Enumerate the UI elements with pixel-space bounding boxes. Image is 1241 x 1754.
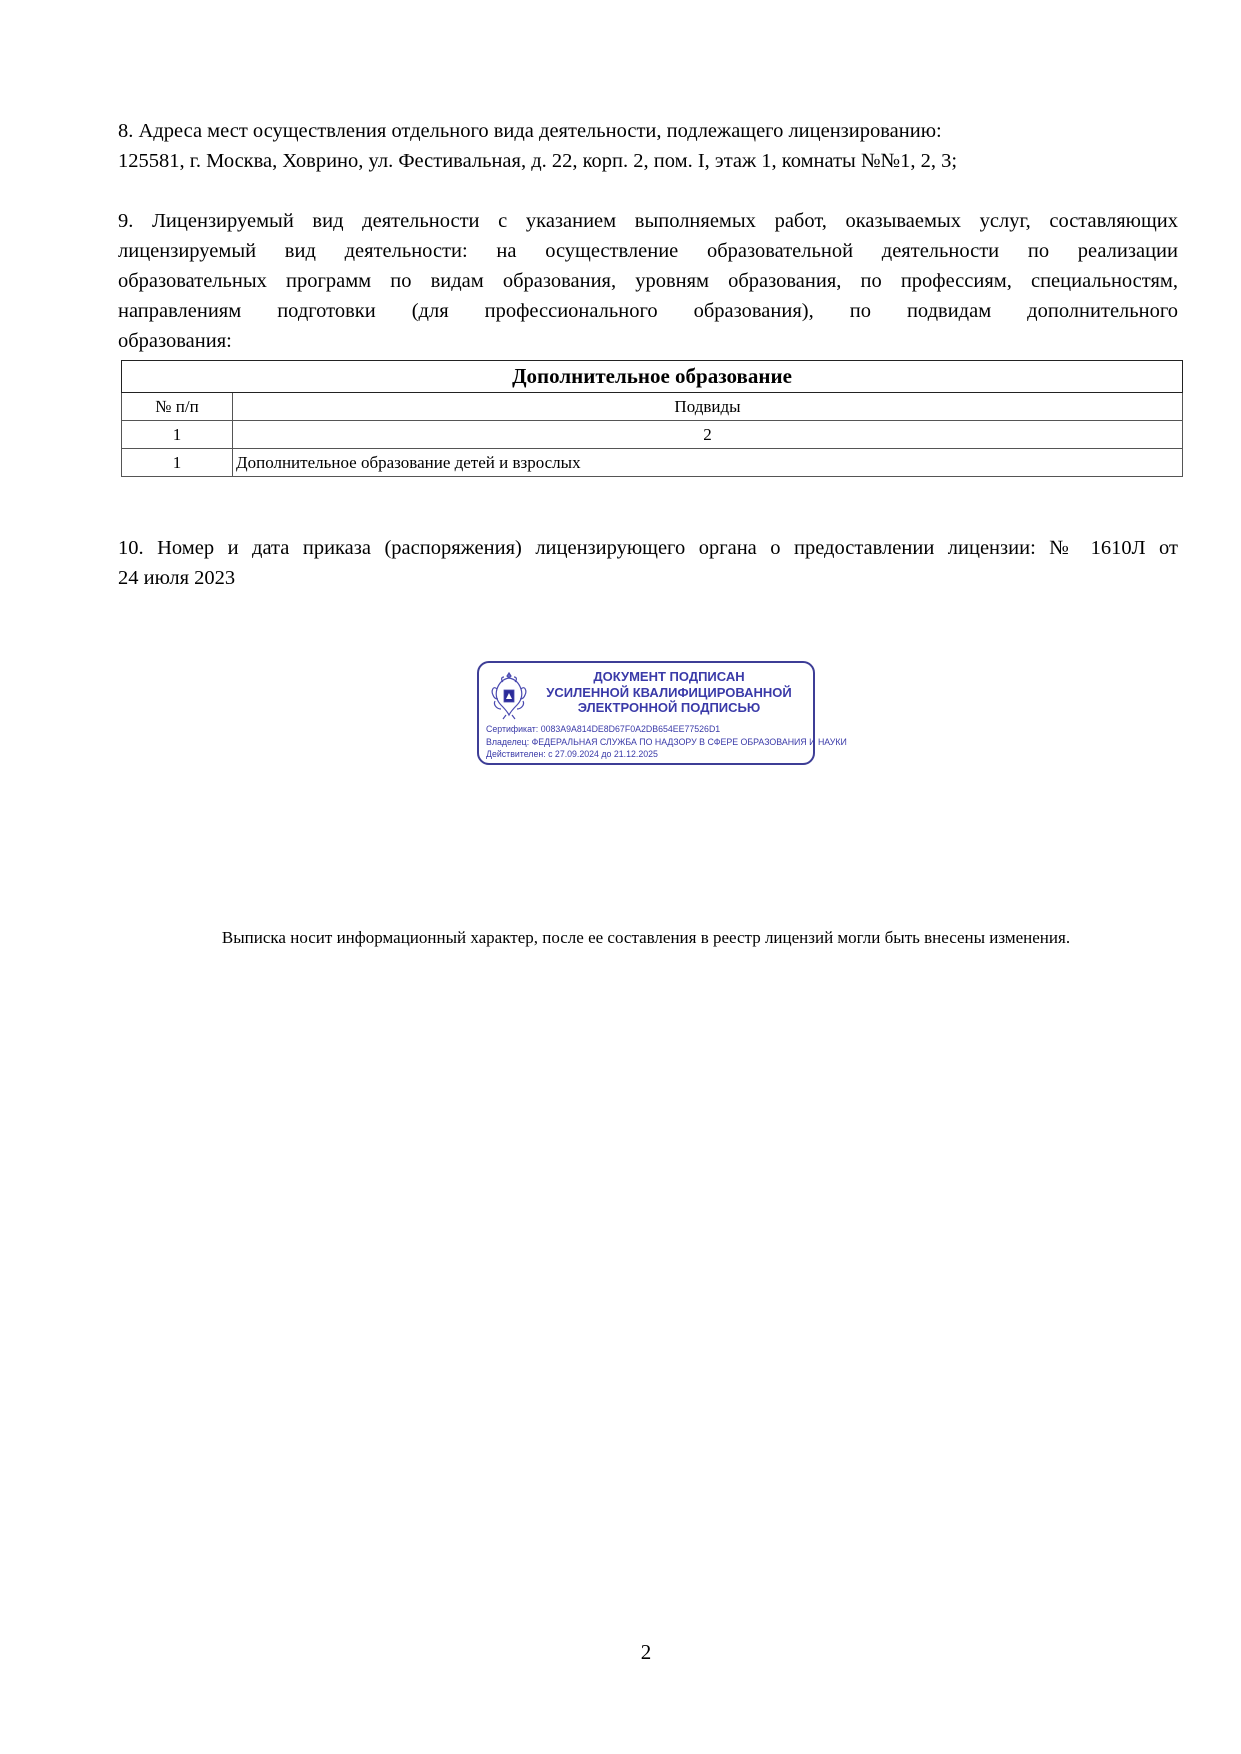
stamp-owner: Владелец: ФЕДЕРАЛЬНАЯ СЛУЖБА ПО НАДЗОРУ … bbox=[486, 736, 847, 749]
disclaimer-note: Выписка носит информационный характер, п… bbox=[0, 928, 1241, 948]
section-8-address: 125581, г. Москва, Ховрино, ул. Фестивал… bbox=[118, 146, 1178, 176]
header-number: № п/п bbox=[122, 393, 233, 421]
row-number: 1 bbox=[122, 449, 233, 477]
stamp-heading: ДОКУМЕНТ ПОДПИСАН УСИЛЕННОЙ КВАЛИФИЦИРОВ… bbox=[531, 669, 807, 716]
section-9-line: образования: bbox=[118, 326, 1178, 356]
section-9-line: 9. Лицензируемый вид деятельности с указ… bbox=[118, 206, 1178, 236]
section-9-line: лицензируемый вид деятельности: на осуще… bbox=[118, 236, 1178, 266]
stamp-heading-line: ДОКУМЕНТ ПОДПИСАН bbox=[531, 669, 807, 685]
table-title: Дополнительное образование bbox=[122, 361, 1183, 393]
numbering-cell: 1 bbox=[122, 421, 233, 449]
section-9-licensed-activity: 9. Лицензируемый вид деятельности с указ… bbox=[118, 206, 1178, 356]
coat-of-arms-icon bbox=[489, 669, 529, 721]
table-title-row: Дополнительное образование bbox=[122, 361, 1183, 393]
electronic-signature-stamp: ДОКУМЕНТ ПОДПИСАН УСИЛЕННОЙ КВАЛИФИЦИРОВ… bbox=[477, 661, 815, 765]
stamp-validity: Действителен: с 27.09.2024 до 21.12.2025 bbox=[486, 748, 847, 761]
section-10-line: 24 июля 2023 bbox=[118, 563, 1178, 593]
section-9-line: направлениям подготовки (для профессиона… bbox=[118, 296, 1178, 326]
section-10-order: 10. Номер и дата приказа (распоряжения) … bbox=[118, 533, 1178, 593]
row-subtype: Дополнительное образование детей и взрос… bbox=[233, 449, 1183, 477]
document-page: 8. Адреса мест осуществления отдельного … bbox=[0, 0, 1241, 1754]
additional-education-table: Дополнительное образование № п/п Подвиды… bbox=[121, 360, 1183, 477]
stamp-certificate: Сертификат: 0083A9A814DE8D67F0A2DB654EE7… bbox=[486, 723, 847, 736]
numbering-cell: 2 bbox=[233, 421, 1183, 449]
section-9-line: образовательных программ по видам образо… bbox=[118, 266, 1178, 296]
stamp-details: Сертификат: 0083A9A814DE8D67F0A2DB654EE7… bbox=[486, 723, 847, 761]
table-header-row: № п/п Подвиды bbox=[122, 393, 1183, 421]
stamp-heading-line: ЭЛЕКТРОННОЙ ПОДПИСЬЮ bbox=[531, 700, 807, 716]
section-8-heading: 8. Адреса мест осуществления отдельного … bbox=[118, 116, 1178, 146]
stamp-heading-line: УСИЛЕННОЙ КВАЛИФИЦИРОВАННОЙ bbox=[531, 685, 807, 701]
page-number: 2 bbox=[0, 1640, 1241, 1665]
section-10-line: 10. Номер и дата приказа (распоряжения) … bbox=[118, 533, 1178, 563]
table-numbering-row: 1 2 bbox=[122, 421, 1183, 449]
header-subtypes: Подвиды bbox=[233, 393, 1183, 421]
section-8-addresses: 8. Адреса мест осуществления отдельного … bbox=[118, 116, 1178, 176]
table-row: 1 Дополнительное образование детей и взр… bbox=[122, 449, 1183, 477]
